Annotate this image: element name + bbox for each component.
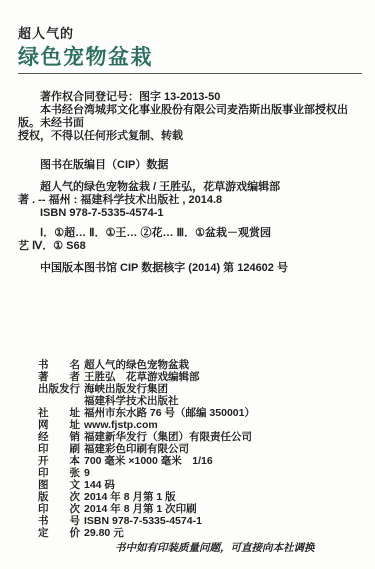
publication-info-label: 印 次: [38, 503, 84, 515]
publication-info-row: 出版发行 海峡出版发行集团: [38, 383, 361, 395]
publication-info-label: 印 张: [38, 467, 84, 479]
publication-info-value: 2014 年 8 月第 1 版: [84, 491, 176, 503]
publication-info-value: 福建科学技术出版社: [84, 395, 179, 407]
cip-classification-line2: 艺 Ⅳ．① S68: [18, 240, 361, 253]
book-series-subtitle: 超人气的: [18, 26, 361, 42]
publication-info-row: 图 文 144 码: [38, 479, 361, 491]
publication-info-value: 144 码: [84, 479, 115, 491]
publication-info-label: 书 名: [38, 359, 84, 371]
publication-info-label: 书 号: [38, 515, 84, 527]
publication-info-label: 网 址: [38, 419, 84, 431]
cip-record-line2: 著 . -- 福州 : 福建科学技术出版社 , 2014.8: [18, 194, 361, 207]
book-main-title: 绿色宠物盆栽: [18, 45, 361, 70]
publication-info-row: 定 价 29.80 元: [38, 527, 361, 539]
publication-info-row: 版 次 2014 年 8 月第 1 版: [38, 491, 361, 503]
title-block: 超人气的 绿色宠物盆栽: [18, 26, 361, 74]
publication-info-row: 书 名 超人气的绿色宠物盆栽: [38, 359, 361, 371]
publication-info-table: 书 名 超人气的绿色宠物盆栽 著 者 王胜弘 花草游戏编辑部 出版发行 海峡出版…: [38, 359, 361, 539]
cip-section: 图书在版编目（CIP）数据 超人气的绿色宠物盆栽 / 王胜弘，花草游戏编辑部 著…: [18, 159, 361, 275]
publication-info-label: 定 价: [38, 527, 84, 539]
publication-info-label: [38, 395, 84, 407]
publication-info-row: 网 址 www.fjstp.com: [38, 419, 361, 431]
publication-info-row: 福建科学技术出版社: [38, 395, 361, 407]
cip-isbn: ISBN 978-7-5335-4574-1: [18, 207, 361, 220]
publication-info-label: 印 刷: [38, 443, 84, 455]
book-copyright-page: 超人气的 绿色宠物盆栽 著作权合同登记号：图字 13-2013-50 本书经台湾…: [0, 0, 375, 569]
publication-info-row: 印 张 9: [38, 467, 361, 479]
publication-info-value: 福州市东水路 76 号（邮编 350001）: [84, 407, 255, 419]
publication-info-label: 出版发行: [38, 383, 84, 395]
publication-info-label: 经 销: [38, 431, 84, 443]
publication-info-value: 福建彩色印刷有限公司: [84, 443, 189, 455]
publication-info-value: 福建新华发行（集团）有限责任公司: [84, 431, 252, 443]
cip-record-number: 中国版本图书馆 CIP 数据核字 (2014) 第 124602 号: [18, 262, 361, 275]
cip-heading: 图书在版编目（CIP）数据: [18, 159, 361, 172]
publication-info-value: 海峡出版发行集团: [84, 383, 168, 395]
publication-info-value: 2014 年 8 月第 1 次印刷: [84, 503, 197, 515]
publication-info-value: 超人气的绿色宠物盆栽: [84, 359, 189, 371]
cip-record-line1: 超人气的绿色宠物盆栽 / 王胜弘，花草游戏编辑部: [18, 181, 361, 194]
publication-info-row: 社 址 福州市东水路 76 号（邮编 350001）: [38, 407, 361, 419]
copyright-registration-number: 著作权合同登记号：图字 13-2013-50: [18, 91, 361, 104]
publication-info-value: www.fjstp.com: [84, 419, 158, 431]
publication-info-label: 开 本: [38, 455, 84, 467]
authorization-statement-line2: 授权，不得以任何形式复制、转载: [18, 130, 361, 143]
publication-info-value: 29.80 元: [84, 527, 124, 539]
publication-info-value: 700 毫米 ×1000 毫米 1/16: [84, 455, 213, 467]
publication-info-row: 书 号 ISBN 978-7-5335-4574-1: [38, 515, 361, 527]
publication-info-label: 版 次: [38, 491, 84, 503]
quality-exchange-note: 书中如有印装质量问题，可直接向本社调换: [115, 542, 361, 555]
copyright-notice: 著作权合同登记号：图字 13-2013-50 本书经台湾城邦文化事业股份有限公司…: [18, 91, 361, 143]
publication-info-row: 印 刷 福建彩色印刷有限公司: [38, 443, 361, 455]
publication-info-row: 著 者 王胜弘 花草游戏编辑部: [38, 371, 361, 383]
publication-info-row: 开 本 700 毫米 ×1000 毫米 1/16: [38, 455, 361, 467]
title-underline: [18, 73, 362, 74]
authorization-statement-line1: 本书经台湾城邦文化事业股份有限公司麦浩斯出版事业部授权出版。未经书面: [18, 104, 361, 130]
publication-info-label: 图 文: [38, 479, 84, 491]
publication-info-value: 9: [84, 467, 90, 479]
publication-info-value: 王胜弘 花草游戏编辑部: [84, 371, 200, 383]
publication-info-label: 著 者: [38, 371, 84, 383]
publication-info-row: 经 销 福建新华发行（集团）有限责任公司: [38, 431, 361, 443]
publication-info-value: ISBN 978-7-5335-4574-1: [84, 515, 202, 527]
cip-classification-line1: Ⅰ．①超… Ⅱ．①王… ②花… Ⅲ．①盆栽－观赏园: [18, 227, 361, 240]
publication-info-label: 社 址: [38, 407, 84, 419]
publication-info-row: 印 次 2014 年 8 月第 1 次印刷: [38, 503, 361, 515]
